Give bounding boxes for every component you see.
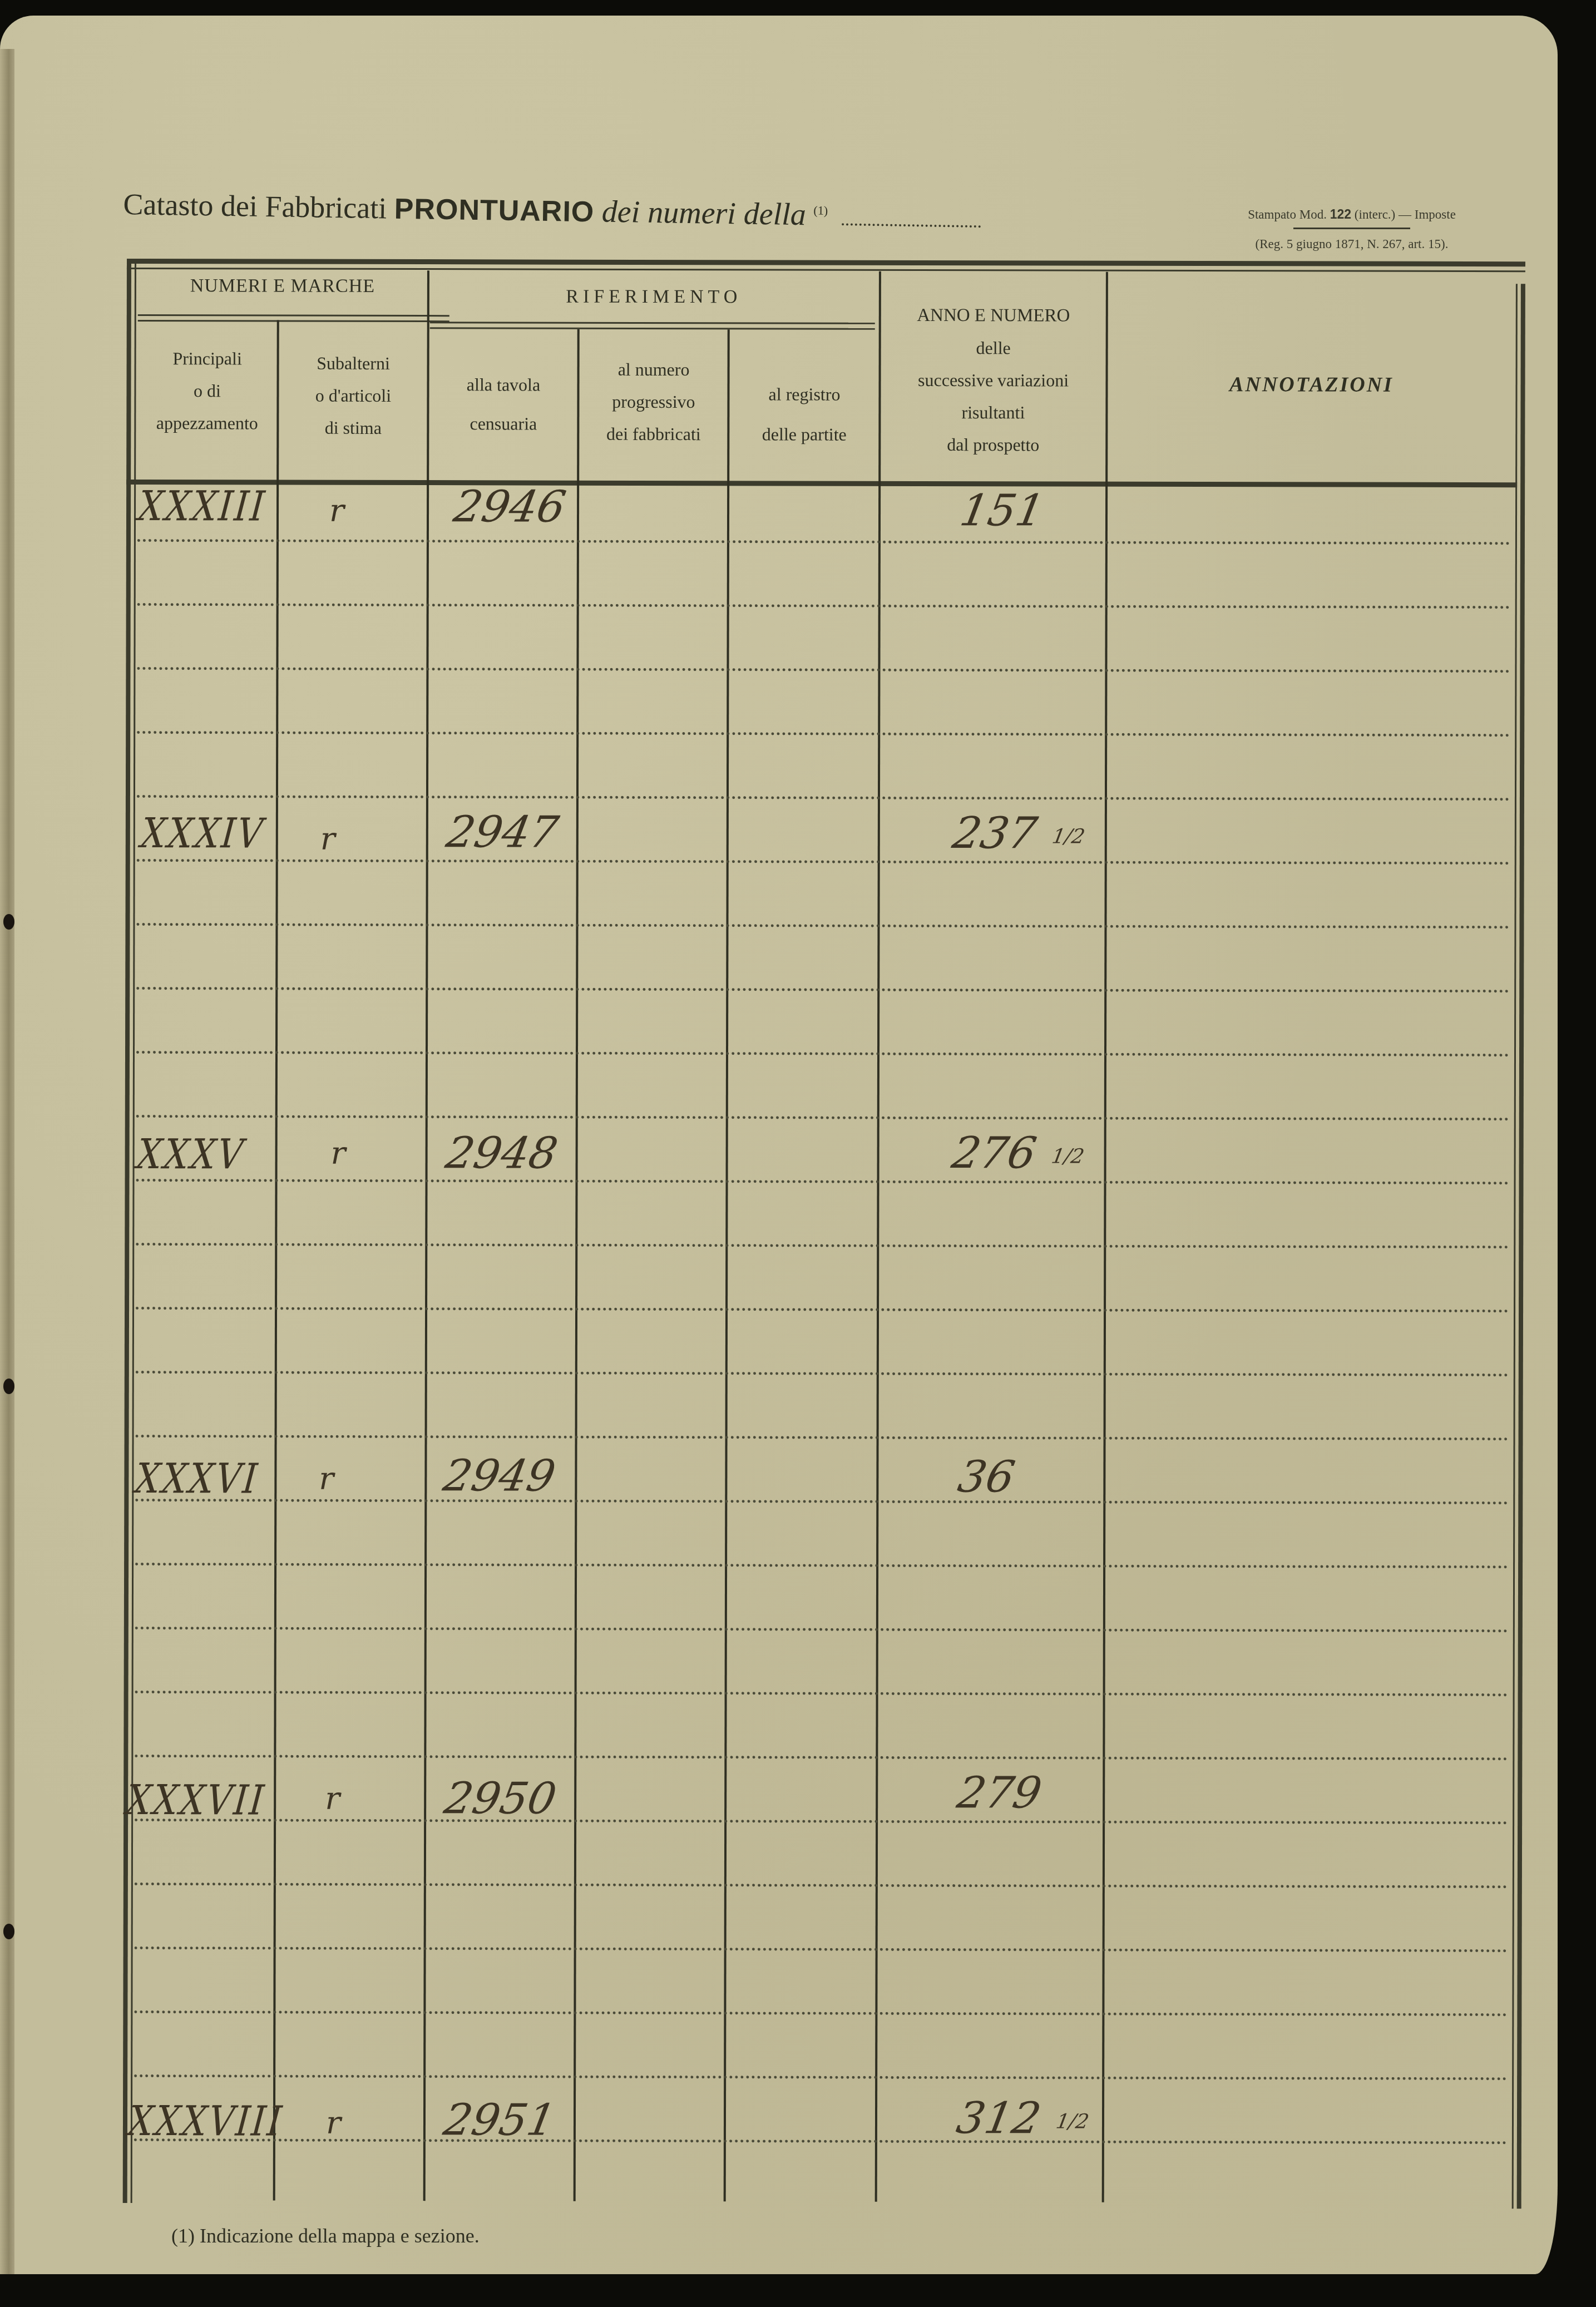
column-header-annotazioni: ANNOTAZIONI	[1108, 372, 1514, 398]
row-rule	[137, 731, 1510, 737]
column-divider	[1102, 272, 1108, 2202]
header-line: delle partite	[730, 414, 878, 455]
variation-value: 151	[956, 486, 1048, 536]
header-line: appezzamento	[137, 407, 276, 439]
group-rule-numeri-2	[138, 320, 449, 322]
group-rule-riferimento	[430, 322, 875, 324]
tavola-number: 2948	[442, 1128, 562, 1178]
tavola-number: 2951	[440, 2095, 560, 2145]
stamp-rule	[1293, 228, 1410, 229]
subalterno-mark: r	[320, 821, 335, 857]
title-bold: PRONTUARIO	[394, 193, 594, 229]
title-prefix: Catasto dei Fabbricati	[123, 187, 387, 225]
variation-number: 151	[956, 486, 1065, 536]
row-rule	[136, 1179, 1509, 1184]
regulation-reference: (Reg. 5 giugno 1871, N. 267, art. 15).	[1196, 237, 1508, 251]
column-divider	[273, 320, 279, 2201]
row-rule	[136, 1243, 1509, 1248]
column-header-registro: al registro delle partite	[730, 374, 878, 455]
row-rule	[135, 1563, 1508, 1568]
header-line: dal prospetto	[881, 428, 1105, 461]
binding-edge	[0, 49, 14, 2274]
variation-fraction	[1028, 1469, 1032, 1491]
row-rule	[136, 1115, 1509, 1120]
principale-number: XXXIII	[136, 482, 268, 530]
header-line: al numero	[580, 353, 728, 386]
variation-fraction: 1/2	[1050, 1145, 1086, 1168]
row-rule	[136, 1435, 1509, 1440]
principale-number: XXXVIII	[126, 2097, 285, 2146]
row-rule	[134, 2074, 1507, 2080]
row-rule	[137, 859, 1510, 864]
header-line: al registro	[730, 374, 878, 414]
column-header-anno-numero: ANNO E NUMERO delle successive variazion…	[881, 299, 1106, 461]
tavola-number: 2946	[450, 482, 570, 532]
tavola-number: 2947	[443, 807, 562, 857]
binding-hole	[3, 914, 14, 930]
row-rule	[137, 667, 1510, 673]
tavola-number: 2950	[441, 1774, 560, 1824]
subalterno-mark: r	[329, 493, 344, 529]
group-rule-riferimento-2	[430, 327, 875, 330]
row-rule	[134, 2010, 1507, 2016]
variation-number: 36	[954, 1452, 1035, 1502]
variation-value: 36	[954, 1452, 1018, 1502]
variation-value: 276	[948, 1128, 1040, 1178]
variation-number: 279	[953, 1768, 1062, 1818]
row-rule	[137, 603, 1510, 609]
binding-hole	[3, 1379, 14, 1394]
row-rule	[136, 923, 1509, 928]
row-rule	[137, 539, 1510, 545]
stamp-prefix: Stampato Mod.	[1248, 208, 1327, 221]
column-header-tavola: alla tavola censuaria	[429, 365, 577, 443]
header-line: progressivo	[580, 386, 727, 418]
column-header-principali: Principali o di appezzamento	[137, 342, 276, 439]
stamp-suffix: (interc.) — Imposte	[1355, 208, 1456, 221]
row-rule	[136, 987, 1509, 992]
column-divider	[724, 329, 730, 2201]
subalterno-mark: r	[331, 1135, 346, 1172]
variation-number: 2371/2	[949, 808, 1090, 858]
variation-fraction	[1058, 503, 1061, 526]
row-rule	[135, 1947, 1508, 1952]
principale-number: XXXV	[135, 1130, 247, 1178]
subalterno-mark: r	[325, 1781, 340, 1817]
column-divider	[574, 329, 580, 2201]
variation-number: 2761/2	[948, 1128, 1089, 1178]
row-rule	[137, 795, 1510, 801]
header-line: alla tavola	[429, 365, 577, 404]
principale-number: XXXIV	[139, 809, 266, 857]
header-bottom-rule	[126, 480, 1517, 487]
variation-fraction: 1/2	[1054, 2111, 1090, 2133]
header-top-rule-thin	[127, 268, 1525, 272]
header-line: Principali	[138, 342, 277, 375]
header-line: risultanti	[881, 396, 1105, 429]
row-rule	[136, 1307, 1509, 1312]
column-divider	[875, 271, 881, 2202]
column-divider	[423, 270, 429, 2201]
header-line: dei fabbricati	[580, 418, 727, 451]
variation-value: 279	[953, 1768, 1045, 1818]
principale-number: XXXVI	[133, 1455, 260, 1503]
variation-fraction: 1/2	[1050, 825, 1086, 848]
column-header-subalterni: Subalterni o d'articoli di stima	[279, 347, 427, 444]
table-border-right-inner	[1512, 284, 1518, 2209]
variation-fraction	[1055, 1785, 1059, 1808]
footnote: (1) Indicazione della mappa e sezione.	[171, 2224, 480, 2247]
row-rule	[135, 1819, 1508, 1824]
row-rule	[136, 1051, 1509, 1056]
group-header-numeri-e-marche: NUMERI E MARCHE	[138, 275, 427, 297]
row-rule	[135, 1755, 1508, 1760]
header-line: o d'articoli	[279, 379, 427, 412]
principale-number: XXXVII	[124, 1776, 268, 1825]
variation-number: 3121/2	[953, 2093, 1094, 2143]
header-line: censuaria	[429, 404, 577, 443]
header-line: di stima	[279, 412, 427, 444]
group-header-riferimento: RIFERIMENTO	[430, 286, 878, 308]
subalterno-mark: r	[319, 1461, 334, 1497]
tavola-number: 2949	[439, 1451, 559, 1501]
variation-value: 312	[953, 2093, 1045, 2143]
variation-value: 237	[949, 808, 1041, 858]
row-rule	[135, 1499, 1508, 1504]
header-line: delle	[881, 332, 1106, 364]
subalterno-mark: r	[326, 2105, 341, 2141]
row-rule	[135, 1691, 1508, 1696]
row-rule	[136, 1371, 1509, 1376]
header-line: o di	[137, 374, 276, 407]
row-rule	[135, 1883, 1508, 1888]
binding-hole	[3, 1924, 14, 1939]
header-line: successive variazioni	[881, 364, 1105, 397]
group-rule-numeri	[138, 314, 449, 317]
title-italic: dei numeri della	[601, 195, 806, 233]
header-line: Subalterni	[280, 347, 427, 380]
footnote-marker: (1)	[813, 203, 828, 217]
table-border-left-inner	[131, 259, 136, 2203]
model-number: 122	[1330, 207, 1351, 221]
row-rule	[135, 1627, 1508, 1632]
header-line: ANNO E NUMERO	[881, 299, 1106, 332]
form-stamp: Stampato Mod. 122 (interc.) — Imposte (R…	[1196, 207, 1508, 251]
fill-in-blank	[842, 218, 981, 228]
column-header-progressivo: al numero progressivo dei fabbricati	[580, 353, 727, 451]
ledger-table: NUMERI E MARCHE RIFERIMENTO Principali o…	[123, 259, 1525, 2206]
